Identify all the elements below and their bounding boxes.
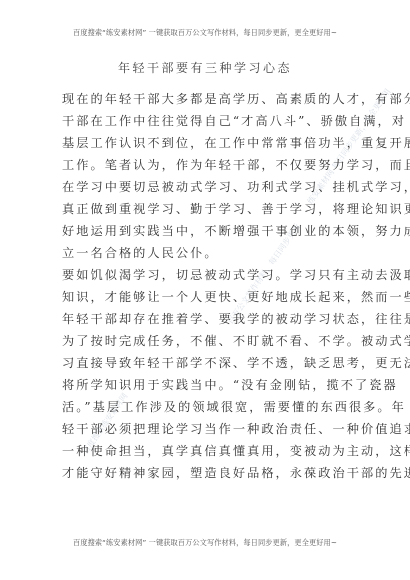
body-line: 习直接导致年轻干部学不深、学不透，缺乏思考，更无法	[62, 352, 352, 374]
document-title: 年轻干部要有三种学习心态	[0, 59, 410, 76]
footer-banner: 百度搜索“练安素材网” 一键获取百万公文写作材料，每日同步更新，更全更好用~	[0, 538, 410, 548]
body-line: 要如饥似渴学习，切忌被动式学习。学习只有主动去汲取	[62, 264, 352, 286]
body-line: 年轻干部却存在推着学、要我学的被动学习状态，往往是	[62, 308, 352, 330]
body-line: 真正做到重视学习、勤于学习、善于学习，将理论知识更	[62, 198, 352, 220]
header-banner: 百度搜索“练安素材网” 一键获取百万公文写作材料，每日同步更新，更全更好用~	[0, 28, 410, 38]
body-line: 工作。笔者认为，作为年轻干部，不仅要努力学习，而且	[62, 154, 352, 176]
document-body: 现在的年轻干部大多都是高学历、高素质的人才，有部分 干部在工作中往往觉得自己“才…	[62, 88, 352, 484]
body-line: 在学习中要切忌被动式学习、功利式学习、挂机式学习，	[62, 176, 352, 198]
body-line: 干部在工作中往往觉得自己“才高八斗”、骄傲自满，对	[62, 110, 352, 132]
body-line: 为了按时完成任务，不催、不盯就不看、不学。被动式学	[62, 330, 352, 352]
body-line: 一种使命担当，真学真信真懂真用，变被动为主动，这样	[62, 440, 352, 462]
body-line: 现在的年轻干部大多都是高学历、高素质的人才，有部分	[62, 88, 352, 110]
body-line: 基层工作认识不到位，在工作中常常事倍功半，重复开展	[62, 132, 352, 154]
body-line: 知识，才能够让一个人更快、更好地成长起来，然而一些	[62, 286, 352, 308]
body-line: 才能守好精神家园，塑造良好品格，永葆政治干部的先进	[62, 462, 352, 484]
body-line: 立一名合格的人民公仆。	[62, 242, 352, 264]
body-line: 活。”基层工作涉及的领域很宽，需要懂的东西很多。年	[62, 396, 352, 418]
body-line: 好地运用到实践当中，不断增强干事创业的本领，努力成	[62, 220, 352, 242]
document-page: 百度搜索“练安素材网” 一键获取百万公文写作材料，每日同步更新，更全更好用~ 练…	[0, 0, 410, 580]
body-line: 轻干部必须把理论学习当作一种政治责任、一种价值追求	[62, 418, 352, 440]
body-line: 将所学知识用于实践当中。“没有金刚钻，揽不了瓷器	[62, 374, 352, 396]
